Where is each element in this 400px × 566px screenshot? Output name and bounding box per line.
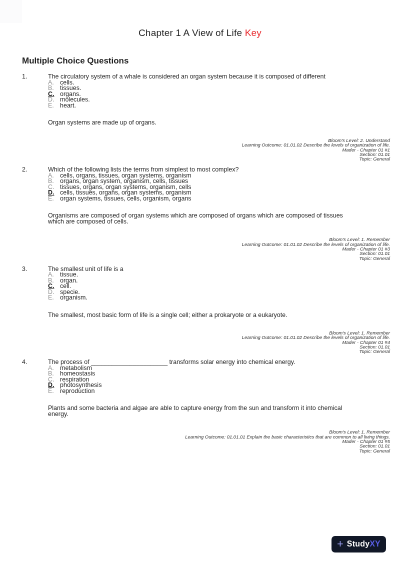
question-metadata: Bloom's Level: 1. RememberLearning Outco… bbox=[22, 430, 390, 453]
question-block: 3. The smallest unit of life is a A. tis… bbox=[22, 266, 390, 354]
question-number: 2. bbox=[22, 167, 48, 225]
section-heading: Multiple Choice Questions bbox=[22, 56, 390, 66]
document-viewport: Chapter 1 A View of Life Key Multiple Ch… bbox=[0, 0, 400, 566]
answer-option: E. organism. bbox=[48, 295, 390, 301]
options-list: A. tissue. B. organ. C. cell. D. specie.… bbox=[48, 272, 390, 301]
page-title-text: Chapter 1 A View of Life bbox=[138, 28, 244, 39]
option-letter: E. bbox=[48, 103, 60, 109]
page-corner-artifact bbox=[0, 0, 22, 23]
options-list: A. cells. B. tissues. C. organs. D. mole… bbox=[48, 80, 390, 109]
studyxy-badge[interactable]: + StudyXY bbox=[331, 536, 386, 553]
metadata-line: Topic: General bbox=[22, 449, 390, 454]
question-number: 1. bbox=[22, 74, 48, 126]
question-block: 2. Which of the following lists the term… bbox=[22, 167, 390, 261]
option-letter: E. bbox=[48, 388, 60, 394]
question-row: 4. The process of ______________________… bbox=[22, 360, 390, 418]
metadata-line: Topic: General bbox=[22, 350, 390, 355]
answer-feedback: Organisms are composed of organ systems … bbox=[48, 213, 390, 225]
option-letter: E. bbox=[48, 295, 60, 301]
question-metadata: Bloom's Level: 1. RememberLearning Outco… bbox=[22, 238, 390, 261]
option-letter: E. bbox=[48, 196, 60, 202]
answer-option: E. heart. bbox=[48, 103, 390, 109]
brand-study-text: Study bbox=[347, 540, 370, 549]
question-metadata: Bloom's Level: 2. UnderstandLearning Out… bbox=[22, 139, 390, 162]
document-page: Chapter 1 A View of Life Key Multiple Ch… bbox=[0, 0, 400, 566]
options-list: A. metabolism B. homeostasis C. respirat… bbox=[48, 365, 390, 394]
option-text: organism. bbox=[60, 295, 390, 301]
answer-option: E. organ systems, tissues, cells, organi… bbox=[48, 196, 390, 202]
metadata-line: Topic: General bbox=[22, 256, 390, 261]
answer-feedback: The smallest, most basic form of life is… bbox=[48, 312, 390, 318]
question-row: 3. The smallest unit of life is a A. tis… bbox=[22, 266, 390, 318]
question-body: Which of the following lists the terms f… bbox=[48, 167, 390, 225]
plus-icon: + bbox=[337, 538, 343, 549]
question-body: The process of ______________________ tr… bbox=[48, 360, 390, 418]
option-text: organ systems, tissues, cells, organism,… bbox=[60, 196, 390, 202]
answer-option: E. reproduction bbox=[48, 388, 390, 394]
studyxy-brand: StudyXY bbox=[347, 540, 381, 549]
question-row: 2. Which of the following lists the term… bbox=[22, 167, 390, 225]
option-text: reproduction bbox=[60, 388, 390, 394]
question-body: The smallest unit of life is a A. tissue… bbox=[48, 266, 390, 318]
page-title: Chapter 1 A View of Life Key bbox=[0, 0, 400, 39]
question-metadata: Bloom's Level: 1. RememberLearning Outco… bbox=[22, 331, 390, 354]
option-text: heart. bbox=[60, 103, 390, 109]
question-block: 4. The process of ______________________… bbox=[22, 360, 390, 454]
question-body: The circulatory system of a whale is con… bbox=[48, 74, 390, 126]
questions-list: 1. The circulatory system of a whale is … bbox=[0, 74, 400, 453]
question-number: 3. bbox=[22, 266, 48, 318]
brand-xy-text: XY bbox=[370, 540, 381, 549]
answer-feedback: Plants and some bacteria and algae are a… bbox=[48, 405, 390, 417]
metadata-line: Topic: General bbox=[22, 157, 390, 162]
question-row: 1. The circulatory system of a whale is … bbox=[22, 74, 390, 126]
question-number: 4. bbox=[22, 360, 48, 418]
question-block: 1. The circulatory system of a whale is … bbox=[22, 74, 390, 162]
page-title-key-highlight: Key bbox=[245, 28, 262, 39]
options-list: A. cells, organs, tissues, organ systems… bbox=[48, 173, 390, 202]
answer-feedback: Organ systems are made up of organs. bbox=[48, 120, 390, 126]
